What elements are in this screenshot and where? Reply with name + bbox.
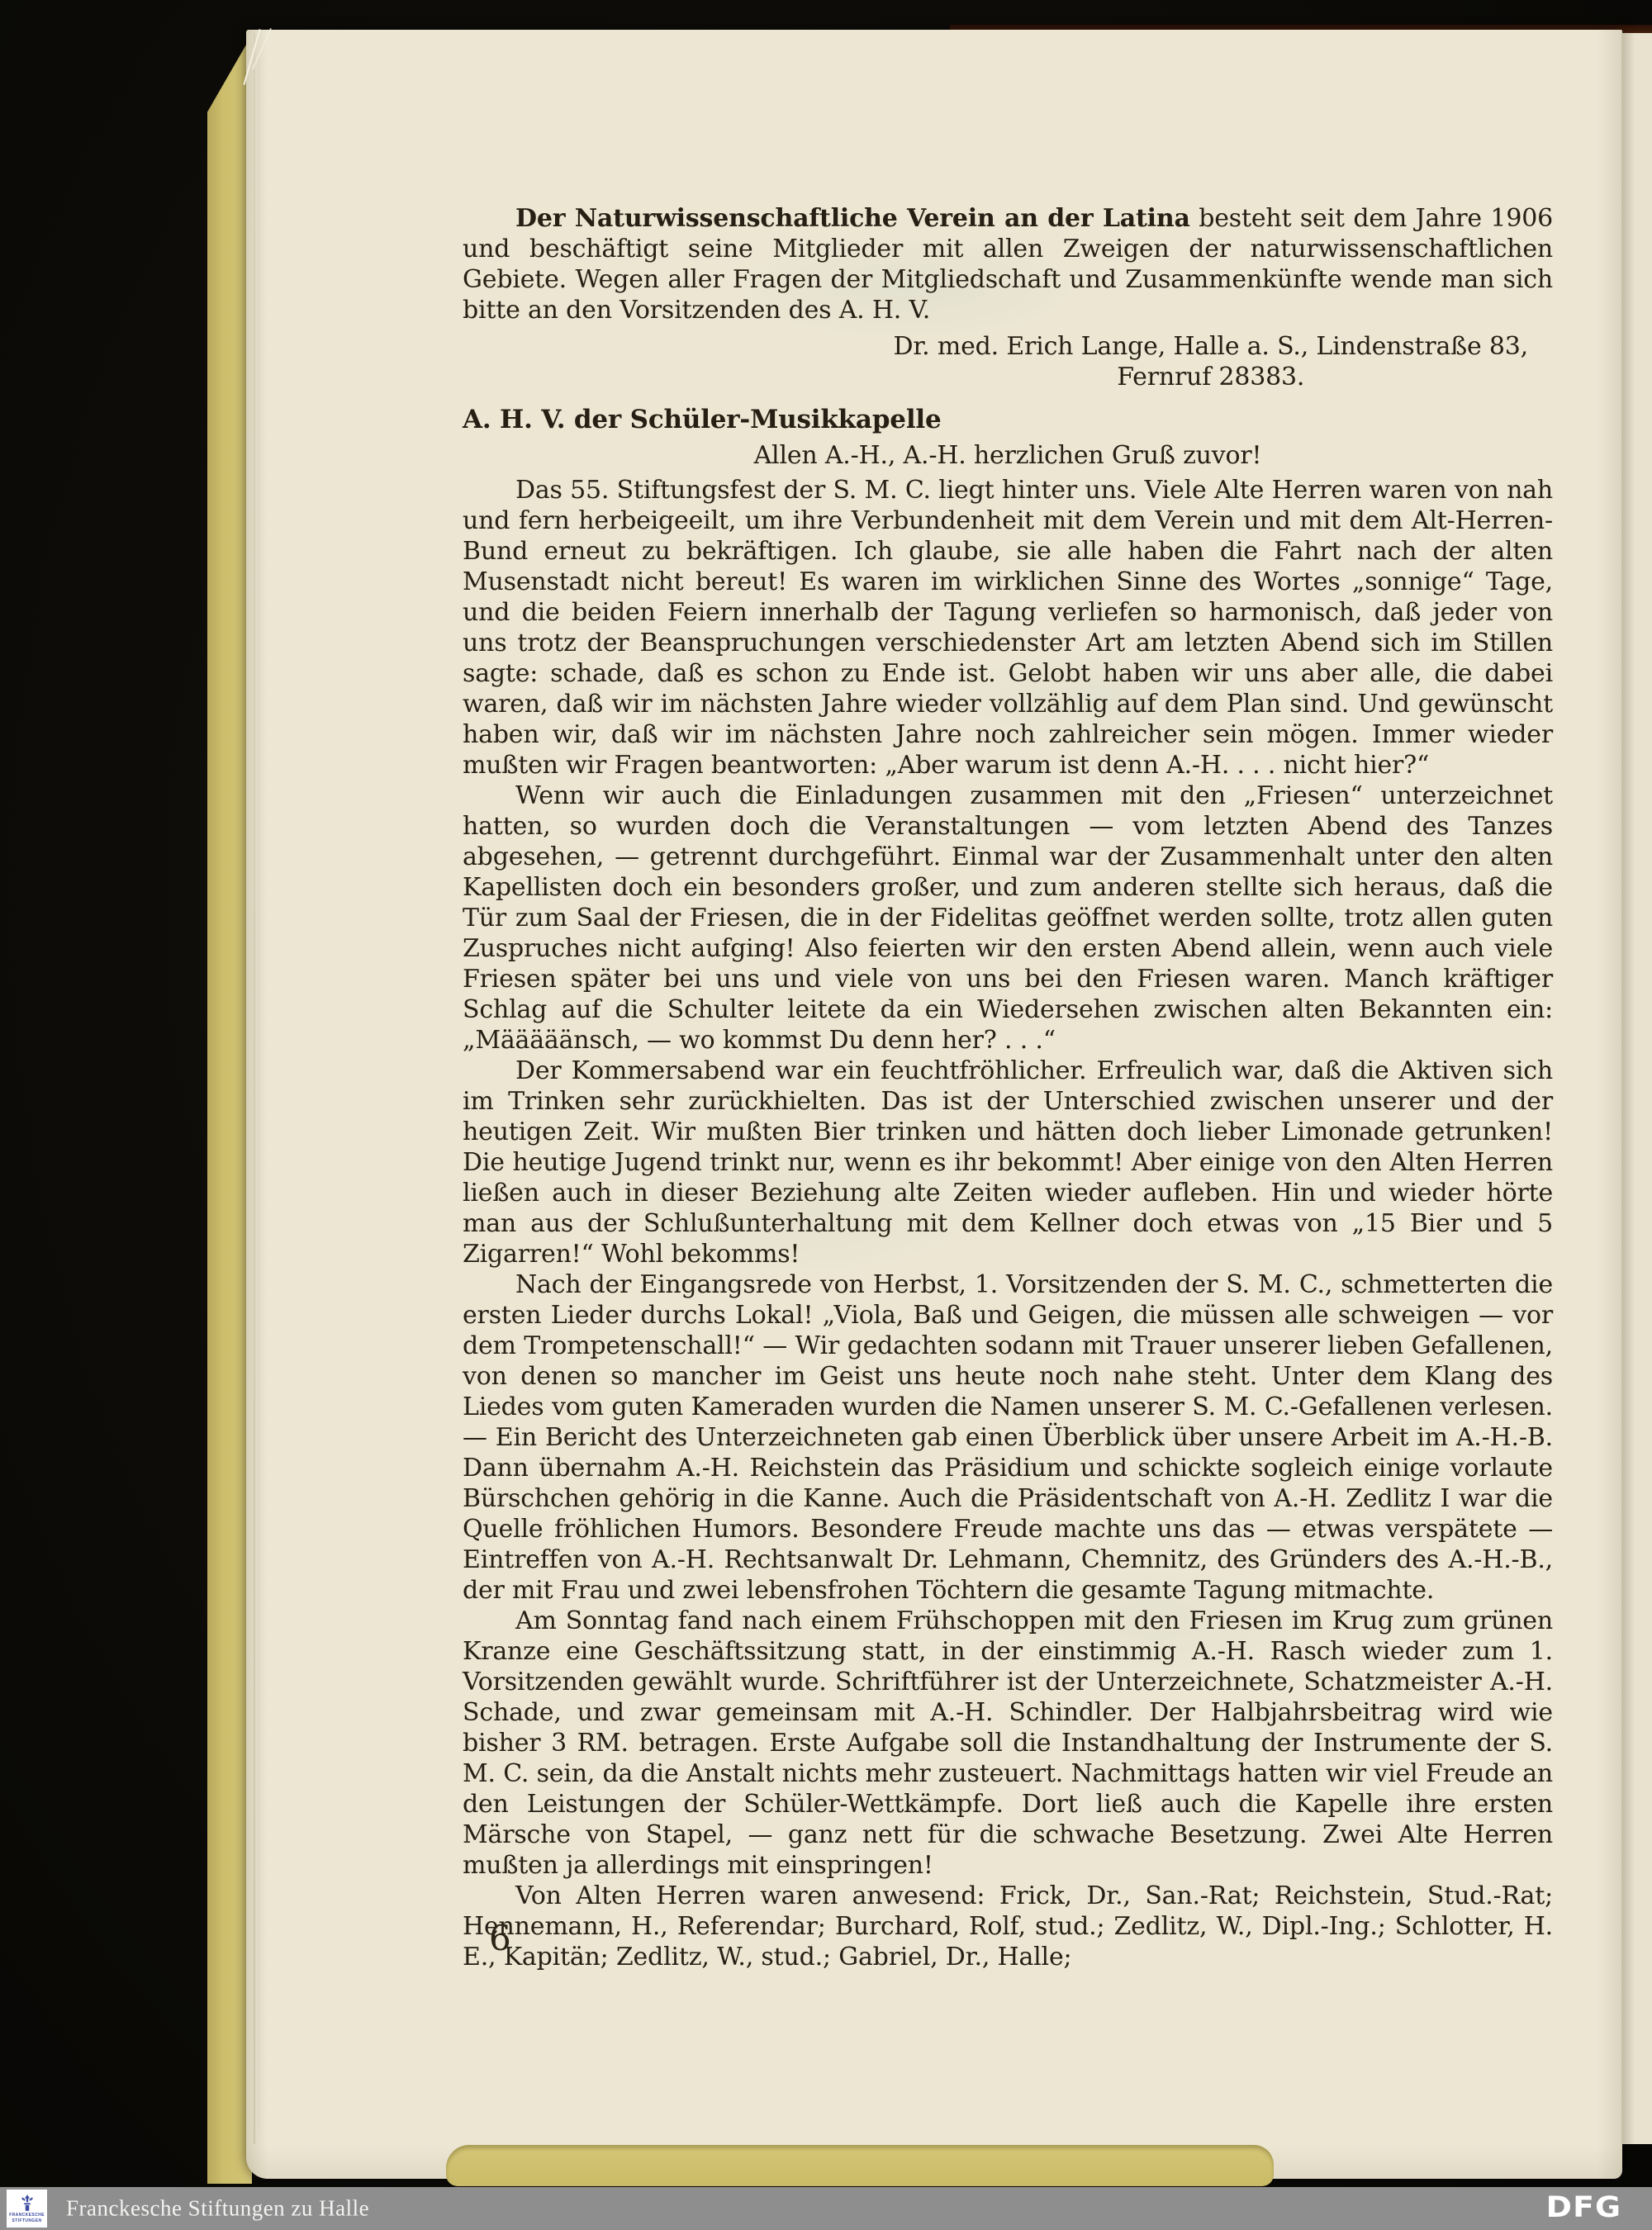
intro-bold-lead: Der Naturwissenschaftliche Verein an der… <box>515 204 1190 233</box>
page-crease-faint <box>259 50 259 2131</box>
viewer-footer-bar: FRANCKESCHE STIFTUNGEN Franckesche Stift… <box>0 2187 1652 2230</box>
franckesche-logo-icon <box>20 2194 35 2212</box>
franckesche-stiftungen-logo: FRANCKESCHE STIFTUNGEN <box>7 2190 47 2228</box>
address-line-2: Fernruf 28383. <box>893 362 1528 392</box>
intro-paragraph: Der Naturwissenschaftliche Verein an der… <box>463 203 1553 325</box>
page-text-column: Der Naturwissenschaftliche Verein an der… <box>463 203 1553 1972</box>
address-line-1: Dr. med. Erich Lange, Halle a. S., Linde… <box>893 331 1528 362</box>
section-heading: A. H. V. der Schüler-Musikkapelle <box>463 405 1553 435</box>
franckesche-logo-caption-line1: FRANCKESCHE <box>9 2213 45 2218</box>
dfg-logo: DFG <box>1546 2191 1621 2224</box>
page-crease <box>254 33 255 2144</box>
contact-address: Dr. med. Erich Lange, Halle a. S., Linde… <box>893 331 1528 392</box>
body-paragraph: Am Sonntag fand nach einem Frühschoppen … <box>463 1606 1553 1881</box>
body-paragraph: Nach der Eingangsrede von Herbst, 1. Vor… <box>463 1269 1553 1606</box>
book-cover-bottom-edge <box>446 2145 1274 2186</box>
next-page-edge <box>1621 33 1652 2144</box>
franckesche-logo-caption-line2: STIFTUNGEN <box>12 2218 42 2223</box>
scan-viewer: Der Naturwissenschaftliche Verein an der… <box>0 0 1652 2230</box>
body-paragraph: Das 55. Stiftungsfest der S. M. C. liegt… <box>463 475 1553 780</box>
book-cover-edge <box>207 35 252 2184</box>
institution-label: Franckesche Stiftungen zu Halle <box>66 2196 369 2222</box>
salutation-line: Allen A.-H., A.-H. herzlichen Gruß zuvor… <box>463 440 1553 471</box>
body-paragraph: Von Alten Herren waren anwesend: Frick, … <box>463 1881 1553 1972</box>
body-paragraph: Der Kommersabend war ein feuchtfröhliche… <box>463 1056 1553 1269</box>
page-number: 6 <box>489 1918 511 1958</box>
body-paragraph: Wenn wir auch die Einladungen zusammen m… <box>463 780 1553 1056</box>
